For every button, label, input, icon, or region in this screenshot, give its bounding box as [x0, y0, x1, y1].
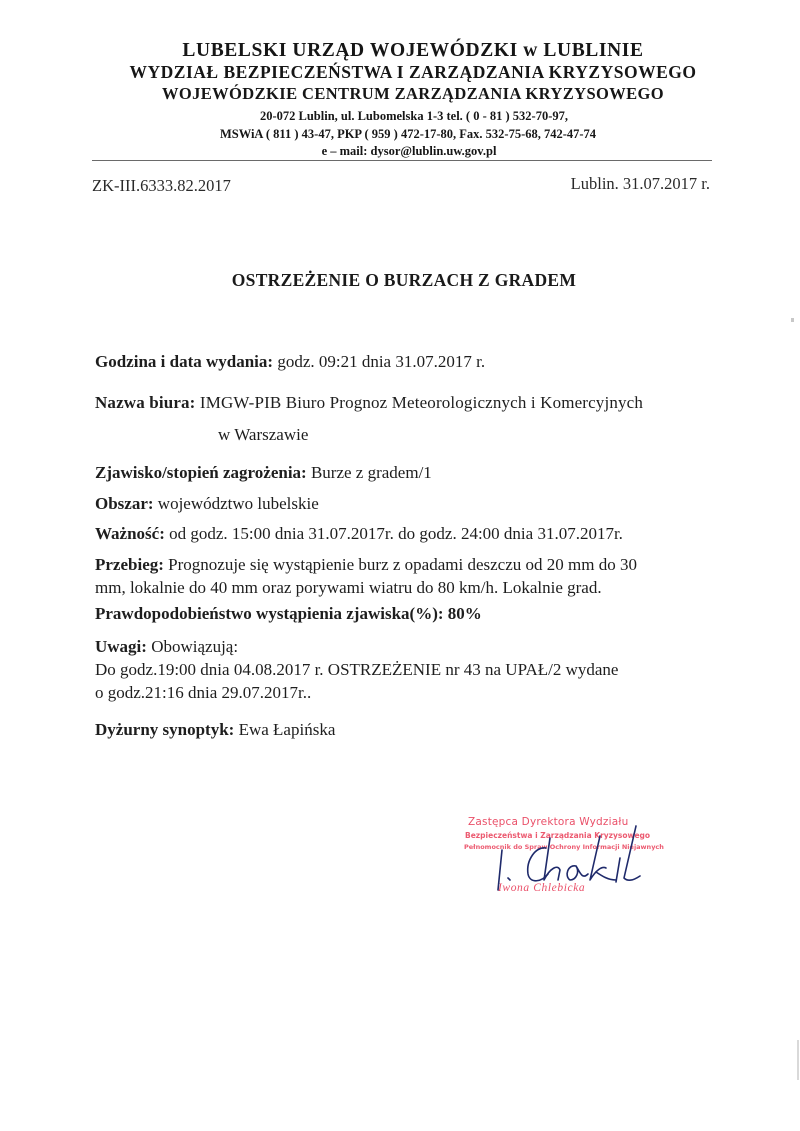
- field-value: Prognozuje się wystąpienie burz z opadam…: [164, 555, 637, 574]
- field-label: Godzina i data wydania:: [95, 352, 273, 371]
- field-notes-line2: Do godz.19:00 dnia 04.08.2017 r. OSTRZEŻ…: [95, 660, 618, 680]
- letterhead-email: e – mail: dysor@lublin.uw.gov.pl: [9, 144, 800, 159]
- field-value: godz. 09:21 dnia 31.07.2017 r.: [273, 352, 485, 371]
- place-date: Lublin. 31.07.2017 r.: [571, 174, 710, 194]
- field-validity: Ważność: od godz. 15:00 dnia 31.07.2017r…: [95, 524, 623, 544]
- field-course: Przebieg: Prognozuje się wystąpienie bur…: [95, 555, 637, 575]
- field-label: Ważność:: [95, 524, 165, 543]
- letterhead-centre: WOJEWÓDZKIE CENTRUM ZARZĄDZANIA KRYZYSOW…: [13, 84, 800, 104]
- field-course-continued: mm, lokalnie do 40 mm oraz porywami wiat…: [95, 578, 602, 598]
- field-phenomenon: Zjawisko/stopień zagrożenia: Burze z gra…: [95, 463, 432, 483]
- letterhead-divider: [92, 160, 712, 161]
- field-issued: Godzina i data wydania: godz. 09:21 dnia…: [95, 352, 485, 372]
- field-duty-forecaster: Dyżurny synoptyk: Ewa Łapińska: [95, 720, 335, 740]
- field-value: IMGW-PIB Biuro Prognoz Meteorologicznych…: [196, 393, 643, 412]
- field-label: Zjawisko/stopień zagrożenia:: [95, 463, 307, 482]
- document-page: LUBELSKI URZĄD WOJEWÓDZKI w LUBLINIE WYD…: [0, 0, 800, 1131]
- handwritten-signature: [450, 808, 680, 903]
- scan-speck: [791, 318, 794, 322]
- letterhead-phones: MSWiA ( 811 ) 43-47, PKP ( 959 ) 472-17-…: [8, 127, 800, 142]
- scan-edge: [797, 1040, 799, 1080]
- field-value: województwo lubelskie: [154, 494, 319, 513]
- field-probability: Prawdopodobieństwo wystąpienia zjawiska(…: [95, 604, 482, 624]
- field-value: Burze z gradem/1: [307, 463, 432, 482]
- field-label: Prawdopodobieństwo wystąpienia zjawiska(…: [95, 604, 444, 623]
- field-label: Dyżurny synoptyk:: [95, 720, 234, 739]
- field-value: od godz. 15:00 dnia 31.07.2017r. do godz…: [165, 524, 623, 543]
- field-office-continued: w Warszawie: [218, 425, 308, 445]
- field-label: Przebieg:: [95, 555, 164, 574]
- field-value: 80%: [444, 604, 482, 623]
- field-label: Uwagi:: [95, 637, 147, 656]
- letterhead-office-name: LUBELSKI URZĄD WOJEWÓDZKI w LUBLINIE: [13, 40, 800, 62]
- signature-stamp: Zastępca Dyrektora Wydziału Bezpieczeńst…: [450, 808, 680, 903]
- field-office: Nazwa biura: IMGW-PIB Biuro Prognoz Mete…: [95, 393, 643, 413]
- letterhead-address: 20-072 Lublin, ul. Lubomelska 1-3 tel. (…: [14, 109, 800, 124]
- field-label: Nazwa biura:: [95, 393, 196, 412]
- letterhead-department: WYDZIAŁ BEZPIECZEŃSTWA I ZARZĄDZANIA KRY…: [13, 62, 800, 83]
- reference-number: ZK-III.6333.82.2017: [92, 176, 231, 196]
- field-value: Obowiązują:: [147, 637, 238, 656]
- field-value: Ewa Łapińska: [234, 720, 335, 739]
- document-title: OSTRZEŻENIE O BURZACH Z GRADEM: [4, 270, 800, 291]
- field-notes: Uwagi: Obowiązują:: [95, 637, 238, 657]
- field-notes-line3: o godz.21:16 dnia 29.07.2017r..: [95, 683, 311, 703]
- field-area: Obszar: województwo lubelskie: [95, 494, 319, 514]
- field-label: Obszar:: [95, 494, 154, 513]
